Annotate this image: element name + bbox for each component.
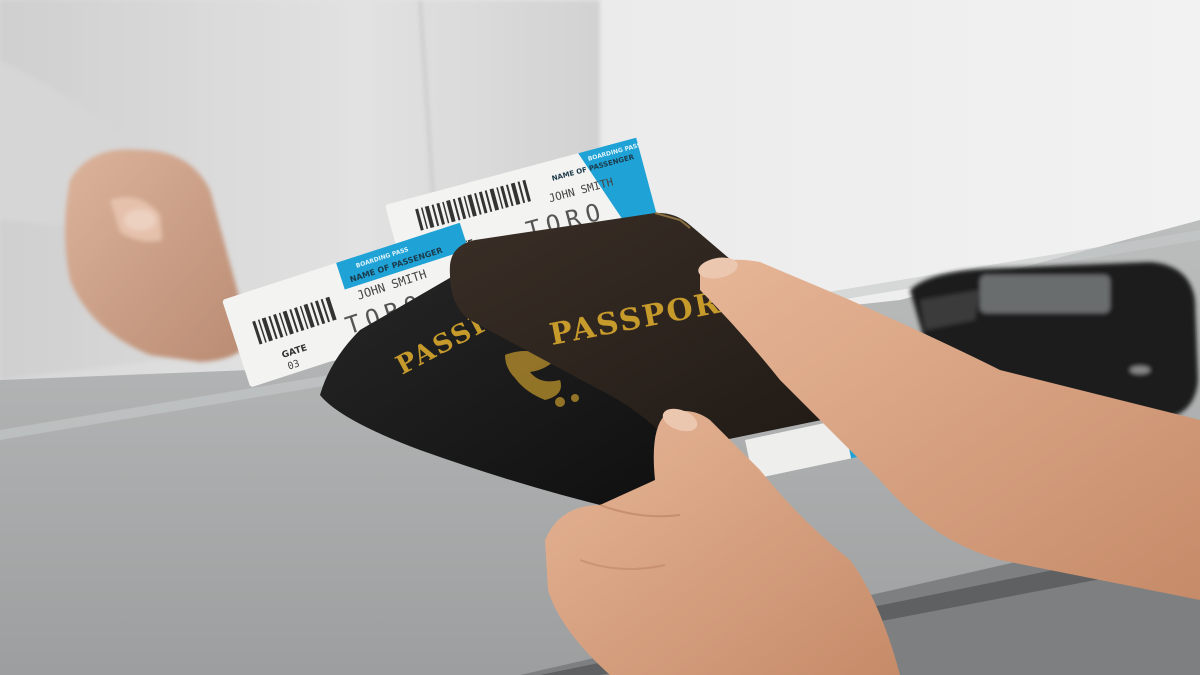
photo-scene: GATE 03 TORO JOHN SMITH NAME OF PASSENGE… [0,0,1200,675]
photo-illustration: GATE 03 TORO JOHN SMITH NAME OF PASSENGE… [0,0,1200,675]
